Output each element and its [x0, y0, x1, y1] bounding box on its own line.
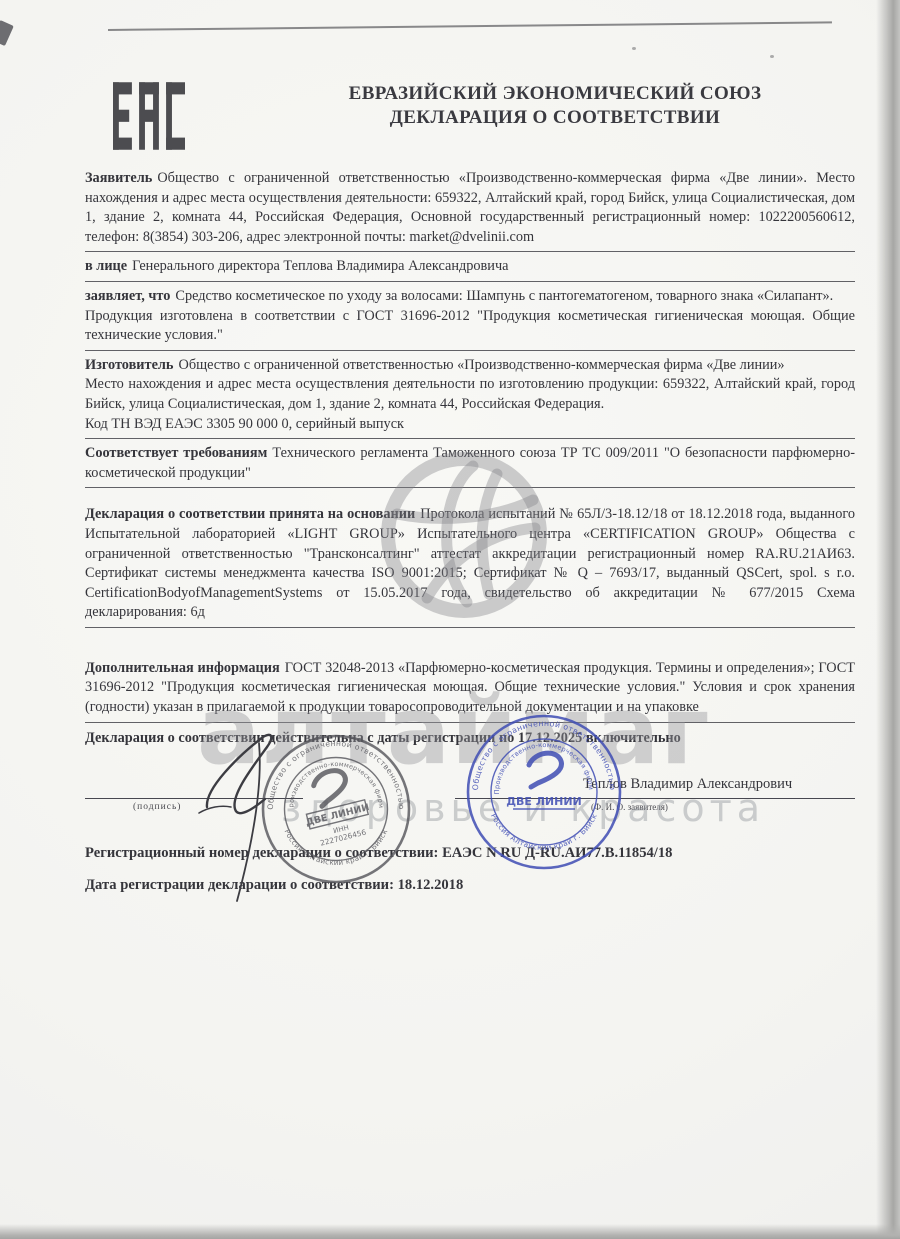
- section-complies: Соответствует требованиямТехнического ре…: [85, 439, 855, 487]
- section-manufacturer-lead: Изготовитель: [85, 357, 174, 373]
- section-additional-lead: Дополнительная информация: [85, 660, 280, 676]
- stamp-logo-two-lines: [529, 753, 561, 787]
- section-applicant-lead: Заявитель: [85, 170, 152, 186]
- section-declares-lead: заявляет, что: [85, 288, 170, 304]
- page-edge-shadow-right: [876, 0, 900, 1239]
- divider: [85, 627, 855, 628]
- company-stamp-blue: Общество с ограниченной ответственностью…: [465, 713, 623, 871]
- section-declares: заявляет, чтоСредство косметическое по у…: [85, 282, 855, 350]
- title-line-union: ЕВРАЗИЙСКИЙ ЭКОНОМИЧЕСКИЙ СОЮЗ: [275, 82, 835, 106]
- section-declares-text: Средство косметическое по уходу за волос…: [175, 288, 833, 304]
- divider: [85, 487, 855, 488]
- section-manufacturer-address: Место нахождения и адрес места осуществл…: [85, 375, 855, 414]
- section-basis: Декларация о соответствии принята на осн…: [85, 500, 855, 627]
- section-complies-lead: Соответствует требованиям: [85, 445, 267, 461]
- section-applicant: ЗаявительОбщество с ограниченной ответст…: [85, 164, 855, 251]
- scan-artifact-corner: [0, 20, 14, 46]
- section-declares-line2: Продукция изготовлена в соответствии с Г…: [85, 307, 855, 346]
- title-line-declaration: ДЕКЛАРАЦИЯ О СООТВЕТСТВИИ: [275, 106, 835, 130]
- section-basis-lead: Декларация о соответствии принята на осн…: [85, 506, 415, 522]
- section-manufacturer-text: Общество с ограниченной ответственностью…: [179, 357, 785, 373]
- stamp-ring-bottom: Россия Алтайский край г. Бийск: [489, 811, 599, 851]
- svg-text:Россия Алтайский край г. Бийск: Россия Алтайский край г. Бийск: [489, 811, 599, 851]
- section-represented-text: Генерального директора Теплова Владимира…: [132, 258, 508, 274]
- document-header: ЕВРАЗИЙСКИЙ ЭКОНОМИЧЕСКИЙ СОЮЗ ДЕКЛАРАЦИ…: [85, 82, 855, 146]
- scan-speck: [632, 47, 636, 50]
- section-manufacturer-code: Код ТН ВЭД ЕАЭС 3305 90 000 0, серийный …: [85, 415, 855, 435]
- section-applicant-text: Общество с ограниченной ответственностью…: [85, 170, 855, 245]
- scan-speck: [770, 55, 774, 58]
- signature-block: алтаймаг здоровье и красота (подпись) Те…: [85, 749, 855, 833]
- section-basis-text: Протокола испытаний № 65Л/3-18.12/18 от …: [85, 506, 855, 620]
- handwritten-signature: [185, 729, 315, 909]
- signature-caption: (подпись): [133, 802, 181, 812]
- page-edge-shadow-bottom: [0, 1224, 900, 1239]
- section-represented-lead: в лице: [85, 258, 127, 274]
- section-manufacturer: ИзготовительОбщество с ограниченной отве…: [85, 351, 855, 438]
- eac-mark-logo: [113, 82, 185, 155]
- document-title: ЕВРАЗИЙСКИЙ ЭКОНОМИЧЕСКИЙ СОЮЗ ДЕКЛАРАЦИ…: [275, 82, 835, 130]
- declaration-document: ЕВРАЗИЙСКИЙ ЭКОНОМИЧЕСКИЙ СОЮЗ ДЕКЛАРАЦИ…: [0, 0, 900, 1239]
- section-represented-by: в лицеГенерального директора Теплова Вла…: [85, 252, 855, 281]
- stamp-logo-two-lines: [311, 768, 350, 807]
- section-additional-info: Дополнительная информацияГОСТ 32048-2013…: [85, 654, 855, 722]
- stamp-company-name: ДВЕ ЛИНИИ: [506, 795, 582, 808]
